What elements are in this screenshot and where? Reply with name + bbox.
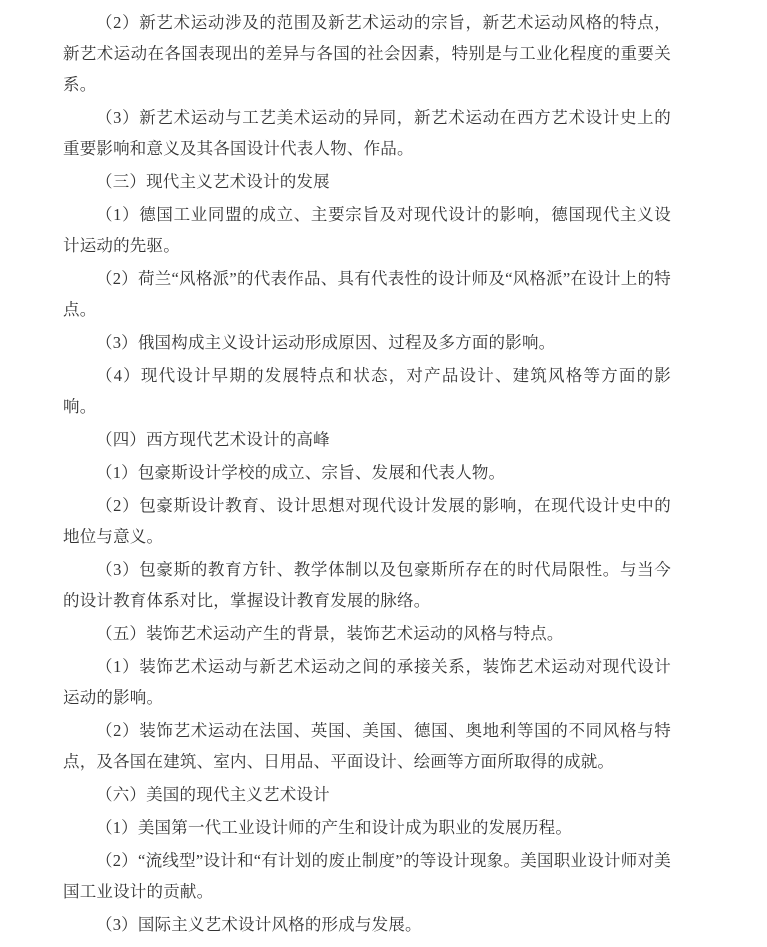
paragraph-werkbund: （1）德国工业同盟的成立、主要宗旨及对现代设计的影响，德国现代主义设计运动的先驱… [63, 199, 671, 261]
section-heading-art-deco: （五）装饰艺术运动产生的背景，装饰艺术运动的风格与特点。 [63, 618, 671, 649]
paragraph-bauhaus-limitations: （3）包豪斯的教育方针、教学体制以及包豪斯所存在的时代局限性。与当今的设计教育体… [63, 554, 671, 616]
section-heading-american-modern: （六）美国的现代主义艺术设计 [63, 779, 671, 810]
document-page: （2）新艺术运动涉及的范围及新艺术运动的宗旨，新艺术运动风格的特点，新艺术运动在… [0, 0, 767, 947]
paragraph-constructivism: （3）俄国构成主义设计运动形成原因、过程及多方面的影响。 [63, 327, 671, 358]
paragraph-art-nouveau-scope: （2）新艺术运动涉及的范围及新艺术运动的宗旨，新艺术运动风格的特点，新艺术运动在… [63, 7, 671, 100]
paragraph-bauhaus-founding: （1）包豪斯设计学校的成立、宗旨、发展和代表人物。 [63, 457, 671, 488]
section-heading-modernism: （三）现代主义艺术设计的发展 [63, 166, 671, 197]
paragraph-early-modern-design: （4）现代设计早期的发展特点和状态，对产品设计、建筑风格等方面的影响。 [63, 360, 671, 422]
paragraph-international-style: （3）国际主义艺术设计风格的形成与发展。 [63, 909, 671, 940]
paragraph-bauhaus-influence: （2）包豪斯设计教育、设计思想对现代设计发展的影响，在现代设计史中的地位与意义。 [63, 490, 671, 552]
paragraph-first-designers: （1）美国第一代工业设计师的产生和设计成为职业的发展历程。 [63, 812, 671, 843]
section-heading-western-peak: （四）西方现代艺术设计的高峰 [63, 424, 671, 455]
paragraph-art-deco-link: （1）装饰艺术运动与新艺术运动之间的承接关系，装饰艺术运动对现代设计运动的影响。 [63, 651, 671, 713]
paragraph-streamline: （2）“流线型”设计和“有计划的废止制度”的等设计现象。美国职业设计师对美国工业… [63, 845, 671, 907]
paragraph-art-nouveau-comparison: （3）新艺术运动与工艺美术运动的异同，新艺术运动在西方艺术设计史上的重要影响和意… [63, 102, 671, 164]
paragraph-art-deco-countries: （2）装饰艺术运动在法国、英国、美国、德国、奥地利等国的不同风格与特点，及各国在… [63, 715, 671, 777]
paragraph-de-stijl: （2）荷兰“风格派”的代表作品、具有代表性的设计师及“风格派”在设计上的特点。 [63, 263, 671, 325]
